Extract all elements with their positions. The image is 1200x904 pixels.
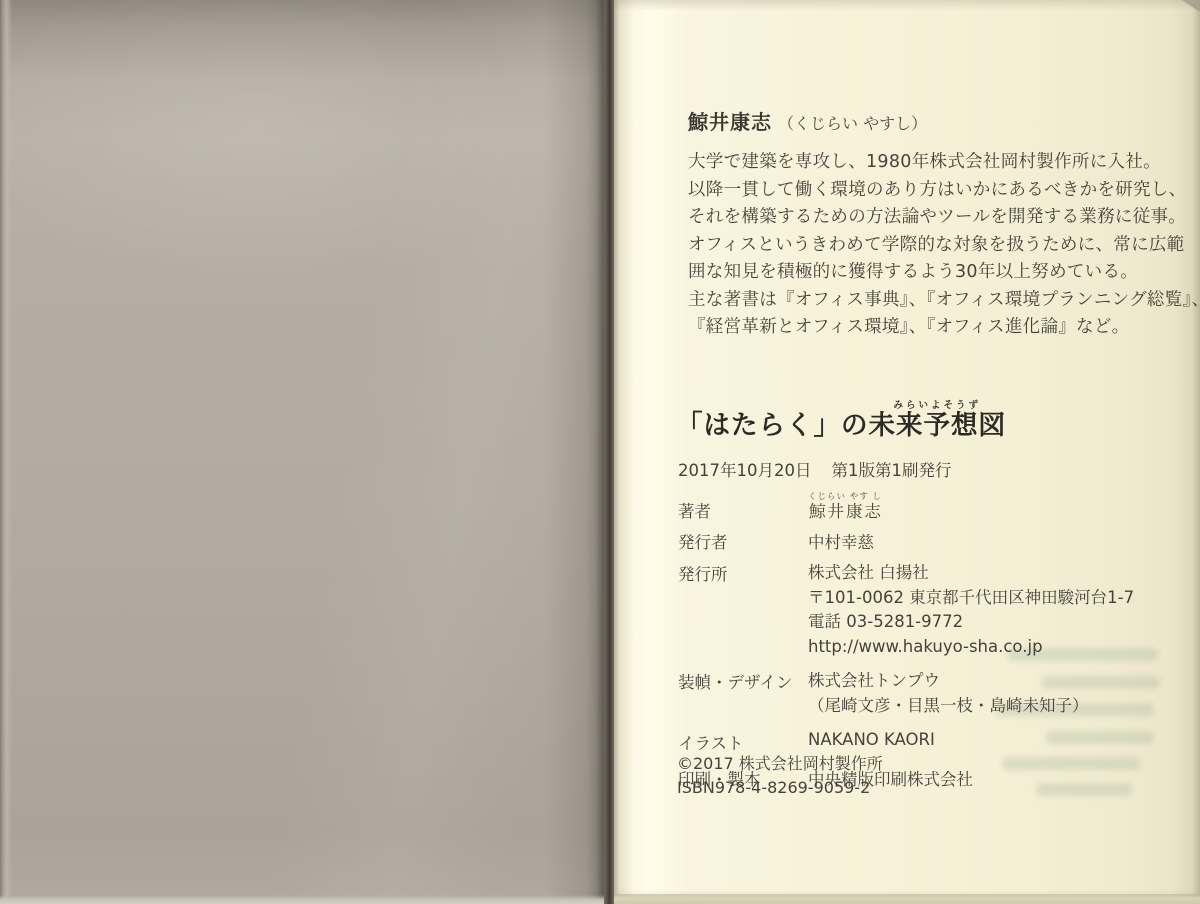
book-title-base: 未来予想図 bbox=[869, 410, 1007, 441]
colophon-value-illustration: NAKANO KAORI bbox=[808, 730, 935, 754]
book-title-prefix: 「はたらく」の bbox=[676, 410, 869, 441]
design-members: （尾崎文彦・目黒一枝・島崎未知子） bbox=[808, 694, 1089, 719]
publishing-office-name: 株式会社 白揚社 bbox=[808, 561, 1134, 586]
author-bio-line: 大学で建築を専攻し、1980年株式会社岡村製作所に入社。 bbox=[688, 149, 1188, 177]
author-name: 鯨井康志 bbox=[688, 110, 772, 134]
colophon-label-publisher: 発行者 bbox=[678, 529, 808, 553]
author-bio-line: 主な著書は『オフィス事典』、『オフィス環境プランニング総覧』、 bbox=[688, 287, 1188, 315]
author-bio-line: 以降一貫して働く環境のあり方はいかにあるべきかを研究し、 bbox=[688, 177, 1188, 205]
colophon-value-publisher: 中村幸慈 bbox=[808, 529, 874, 553]
author-bio-line: それを構築するための方法論やツールを開発する業務に従事。 bbox=[688, 204, 1188, 232]
colophon-label-publishing-office: 発行所 bbox=[678, 561, 808, 659]
author-bio-line: 囲な知見を積極的に獲得するよう30年以上努めている。 bbox=[688, 259, 1188, 287]
colophon-value-design: 株式会社トンプウ （尾崎文彦・目黒一枝・島崎未知子） bbox=[808, 669, 1089, 718]
colophon-row-illustration: イラスト NAKANO KAORI bbox=[678, 730, 1134, 754]
isbn-line: ISBN978-4-8269-9059-2 bbox=[677, 776, 883, 800]
colophon-label-design: 装幀・デザイン bbox=[678, 669, 808, 718]
colophon-row-publisher: 発行者 中村幸慈 bbox=[678, 529, 1134, 553]
author-heading: 鯨井康志（くじらい やすし） bbox=[688, 106, 927, 135]
edition-date: 2017年10月20日 bbox=[678, 461, 811, 480]
author-bio-line: 『経営革新とオフィス環境』、『オフィス進化論』など。 bbox=[688, 314, 1188, 342]
left-page-edge-highlight bbox=[0, 0, 12, 904]
book-title-block: 「はたらく」の未来予想図みらいよそうず bbox=[676, 400, 1006, 442]
author-bio-line: オフィスというきわめて学際的な対象を扱うために、常に広範 bbox=[688, 232, 1188, 260]
publishing-office-address: 〒101-0062 東京都千代田区神田駿河台1-7 bbox=[808, 586, 1134, 611]
colophon-row-publishing-office: 発行所 株式会社 白揚社 〒101-0062 東京都千代田区神田駿河台1-7 電… bbox=[678, 561, 1134, 659]
legal-block: ©2017 株式会社岡村製作所 ISBN978-4-8269-9059-2 bbox=[677, 752, 883, 799]
colophon-author-name: 鯨井康志 bbox=[808, 502, 882, 521]
author-bio: 大学で建築を専攻し、1980年株式会社岡村製作所に入社。 以降一貫して働く環境の… bbox=[688, 149, 1188, 342]
left-page-gutter-shade bbox=[544, 0, 604, 904]
colophon-value-author: 鯨井康志くじらい やす し bbox=[808, 492, 882, 522]
design-company: 株式会社トンプウ bbox=[808, 669, 1089, 694]
open-book-photo: 鯨井康志（くじらい やすし） 大学で建築を専攻し、1980年株式会社岡村製作所に… bbox=[0, 0, 1200, 904]
book-title-furigana: みらいよそうず bbox=[869, 400, 1006, 411]
edition-line: 2017年10月20日第1版第1刷発行 bbox=[678, 457, 951, 481]
right-page-bottom-edge bbox=[614, 894, 1200, 904]
colophon-row-author: 著者 鯨井康志くじらい やす し bbox=[678, 492, 1134, 522]
colophon-row-design: 装幀・デザイン 株式会社トンプウ （尾崎文彦・目黒一枝・島崎未知子） bbox=[678, 669, 1134, 718]
publishing-office-url: http://www.hakuyo-sha.co.jp bbox=[808, 635, 1134, 660]
author-name-reading: （くじらい やすし） bbox=[778, 114, 927, 133]
colophon-label-author: 著者 bbox=[678, 498, 808, 522]
copyright-line: ©2017 株式会社岡村製作所 bbox=[677, 752, 883, 776]
publishing-office-phone: 電話 03-5281-9772 bbox=[808, 610, 1134, 635]
book-title: 「はたらく」の未来予想図みらいよそうず bbox=[676, 410, 1006, 441]
left-page-bottom-edge bbox=[0, 895, 604, 904]
colophon-label-illustration: イラスト bbox=[678, 730, 808, 754]
edition-printing: 第1版第1刷発行 bbox=[831, 461, 951, 480]
colophon-author-ruby: くじらい やす し bbox=[808, 492, 882, 502]
colophon-value-publishing-office: 株式会社 白揚社 〒101-0062 東京都千代田区神田駿河台1-7 電話 03… bbox=[808, 561, 1134, 659]
left-blank-page bbox=[0, 0, 604, 904]
